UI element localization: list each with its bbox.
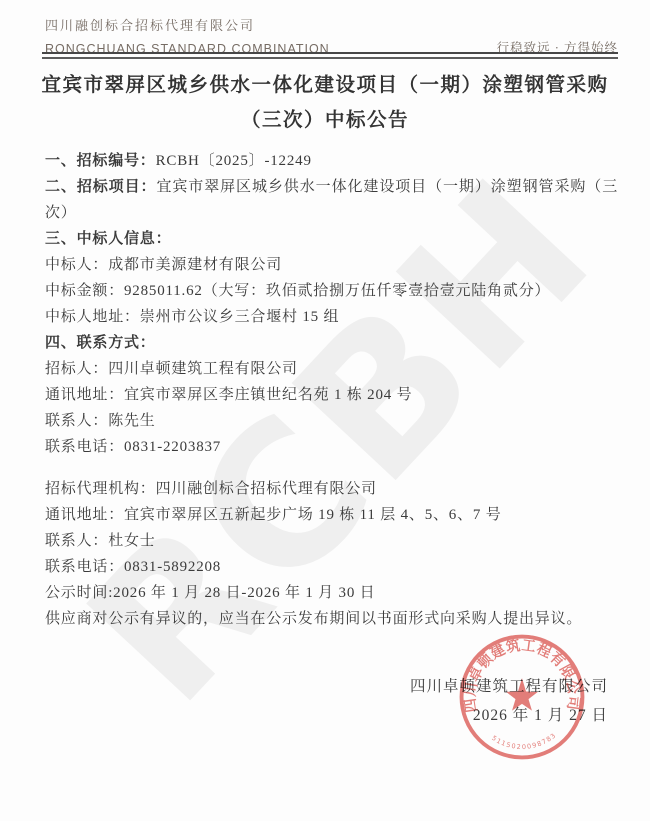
announcement-page: RCBH 四川融创标合招标代理有限公司 RONGCHUANG STANDARD … [0, 0, 650, 821]
objection-notice-line: 供应商对公示有异议的，应当在公示发布期间以书面形式向采购人提出异议。 [45, 606, 618, 632]
signature-company: 四川卓顿建筑工程有限公司 [410, 672, 608, 701]
tender-number-line: 一、招标编号：RCBH〔2025〕-12249 [45, 148, 618, 174]
winner-address-line: 中标人地址：崇州市公议乡三合堰村 15 组 [45, 304, 618, 330]
tender-number-label: 一、招标编号： [45, 153, 156, 169]
announcement-title: 宜宾市翠屏区城乡供水一体化建设项目（一期）涂塑钢管采购 （三次）中标公告 [25, 68, 625, 138]
tender-project-line: 二、招标项目：宜宾市翠屏区城乡供水一体化建设项目（一期）涂塑钢管采购（三次） [45, 174, 618, 226]
letterhead-company-cn: 四川融创标合招标代理有限公司 [45, 15, 618, 34]
seal-number-textpath: 5115020098783 [490, 731, 558, 751]
agency-phone-line: 联系电话：0831-5892208 [45, 554, 618, 580]
tender-number-value: RCBH〔2025〕-12249 [156, 153, 312, 169]
seal-number-text: 5115020098783 [490, 731, 558, 751]
agency-address-line: 通讯地址：宜宾市翠屏区五新起步广场 19 栋 11 层 4、5、6、7 号 [45, 502, 618, 528]
announcement-body: 一、招标编号：RCBH〔2025〕-12249 二、招标项目：宜宾市翠屏区城乡供… [45, 148, 618, 632]
letterhead: 四川融创标合招标代理有限公司 RONGCHUANG STANDARD COMBI… [45, 15, 618, 56]
title-line-1: 宜宾市翠屏区城乡供水一体化建设项目（一期）涂塑钢管采购 [25, 68, 625, 103]
publicity-period-line: 公示时间:2026 年 1 月 28 日-2026 年 1 月 30 日 [45, 580, 618, 606]
title-line-2: （三次）中标公告 [25, 103, 625, 138]
tenderer-phone-line: 联系电话：0831-2203837 [45, 434, 618, 460]
winner-amount-line: 中标金额：9285011.62（大写：玖佰贰拾捌万伍仟零壹拾壹元陆角贰分） [45, 278, 618, 304]
tender-project-label: 二、招标项目： [45, 179, 156, 195]
paragraph-spacer [45, 460, 618, 476]
signature-block: 四川卓顿建筑工程有限公司 2026 年 1 月 27 日 [410, 672, 608, 730]
letterhead-divider [42, 52, 618, 59]
signature-date: 2026 年 1 月 27 日 [410, 701, 608, 730]
agency-contact-line: 联系人：杜女士 [45, 528, 618, 554]
tenderer-contact-line: 联系人：陈先生 [45, 408, 618, 434]
winner-name-line: 中标人：成都市美源建材有限公司 [45, 252, 618, 278]
tenderer-address-line: 通讯地址：宜宾市翠屏区李庄镇世纪名苑 1 栋 204 号 [45, 382, 618, 408]
agency-name-line: 招标代理机构：四川融创标合招标代理有限公司 [45, 476, 618, 502]
winner-info-heading: 三、中标人信息： [45, 226, 618, 252]
contact-heading: 四、联系方式： [45, 330, 618, 356]
tenderer-line: 招标人：四川卓顿建筑工程有限公司 [45, 356, 618, 382]
